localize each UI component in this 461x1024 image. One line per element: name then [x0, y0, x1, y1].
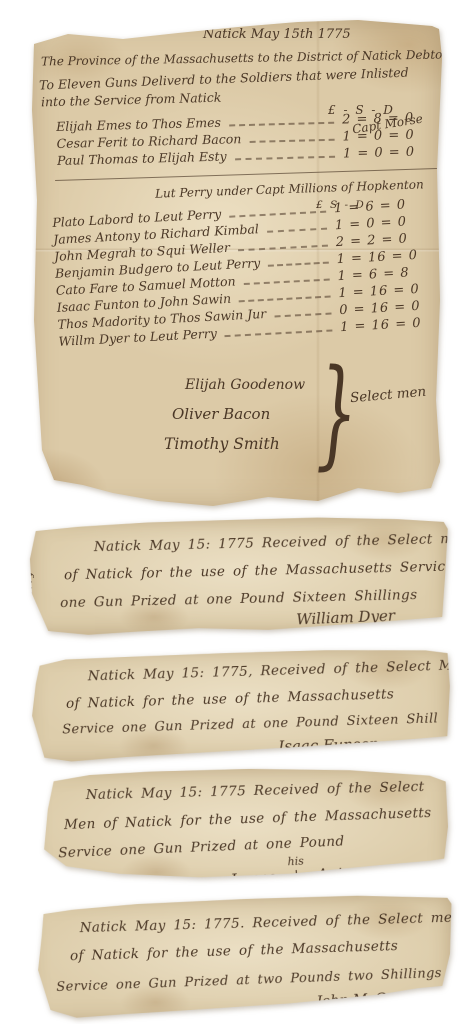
signature: Elijah Goodenow: [185, 378, 305, 393]
receipt-slip: Sqr Weller Natick May 15: 1775. Received…: [27, 894, 452, 1022]
selectmen-brace: }: [316, 348, 357, 478]
main-document: Natick May 15th 1775 The Province of the…: [28, 20, 442, 510]
dash-leader: [229, 122, 334, 127]
receipt-paper: John Sawin Natick May 15: 1775, Received…: [26, 646, 451, 764]
receipt-line: Service one Gun Prized at one Pound Sixt…: [62, 712, 438, 737]
side-label: Lt Perry: [24, 571, 35, 620]
mark-label-bottom: mark: [283, 882, 313, 896]
entry-amount: 1 = 0 = 0: [343, 145, 429, 162]
signature: William Dyer: [296, 607, 395, 627]
dash-leader: [239, 296, 330, 303]
dateline: Natick May 15th 1775: [203, 28, 351, 42]
receipt-line: Natick May 15: 1775 Received of the Sele…: [86, 780, 425, 803]
receipt-paper: Lt Perry Natick May 15: 1775 Received of…: [28, 517, 449, 635]
receipt-line: Men of Natick for the use of the Massach…: [64, 806, 432, 833]
dash-leader: [229, 211, 326, 218]
dash-leader: [249, 139, 334, 143]
receipt-paper: Sqr Weller Natick May 15: 1775. Received…: [27, 894, 452, 1022]
entry-name: Paul Thomas to Elijah Esty: [57, 150, 227, 168]
receipt-line: of Natick for the use of the Massachuset…: [66, 687, 395, 712]
his-mark-stack: his + mark: [281, 855, 312, 896]
signature-first-name: James: [230, 869, 277, 888]
subheading: Lut Perry under Capt Millions of Hopkent…: [155, 178, 424, 201]
receipt-line: of Natick for the use of the Massachuset…: [70, 939, 399, 964]
selectmen-label: Select men: [349, 385, 426, 406]
photo-background: Natick May 15th 1775 The Province of the…: [0, 0, 461, 1024]
signature: John McGrah: [316, 991, 411, 1011]
receipt-line: Natick May 15: 1775. Received of the Sel…: [80, 910, 461, 936]
dash-leader: [268, 262, 329, 267]
receipt-paper: Richard Kimbal Natick May 15: 1775 Recei…: [30, 767, 451, 892]
heading-line: into the Service from Natick: [41, 91, 222, 109]
signature-last-name: Antony: [316, 863, 371, 883]
receipt-slip: Richard Kimbal Natick May 15: 1775 Recei…: [30, 767, 451, 892]
side-label: Richard Kimbal: [27, 784, 39, 877]
main-document-paper: Natick May 15th 1775 The Province of the…: [28, 20, 442, 510]
mark-cross: +: [290, 868, 303, 884]
dash-leader: [235, 156, 335, 161]
receipt-slip: John Sawin Natick May 15: 1775, Received…: [26, 646, 451, 764]
dash-leader: [238, 245, 328, 252]
signature-with-mark: James his + mark Antony: [229, 851, 371, 899]
dash-leader: [244, 279, 330, 286]
dash-leader: [267, 228, 327, 233]
dash-leader: [274, 313, 331, 318]
heading-line: To Eleven Guns Deliverd to the Soldiers …: [39, 66, 409, 93]
signature: Timothy Smith: [164, 436, 280, 453]
side-label: John Sawin: [21, 686, 33, 753]
receipt-slip: Lt Perry Natick May 15: 1775 Received of…: [28, 517, 449, 635]
entry-amount: 1 = 16 = 0: [340, 317, 427, 336]
side-label: Sqr Weller: [27, 945, 39, 1009]
dash-leader: [225, 329, 333, 337]
receipt-line: Natick May 15: 1775, Received of the Sel…: [88, 658, 461, 684]
receipt-line: Natick May 15: 1775 Received of the Sele…: [94, 531, 461, 554]
ledger-group-lut-perry: Plato Labord to Leut Perry 1 = 6 = 0 Jam…: [52, 197, 427, 352]
receipt-line: of Natick for the use of the Massachuset…: [64, 559, 454, 583]
signature: Isaac Funsen: [278, 736, 379, 755]
signature: Oliver Bacon: [172, 406, 270, 423]
entry-name: Elijah Emes to Thos Emes: [56, 116, 221, 134]
